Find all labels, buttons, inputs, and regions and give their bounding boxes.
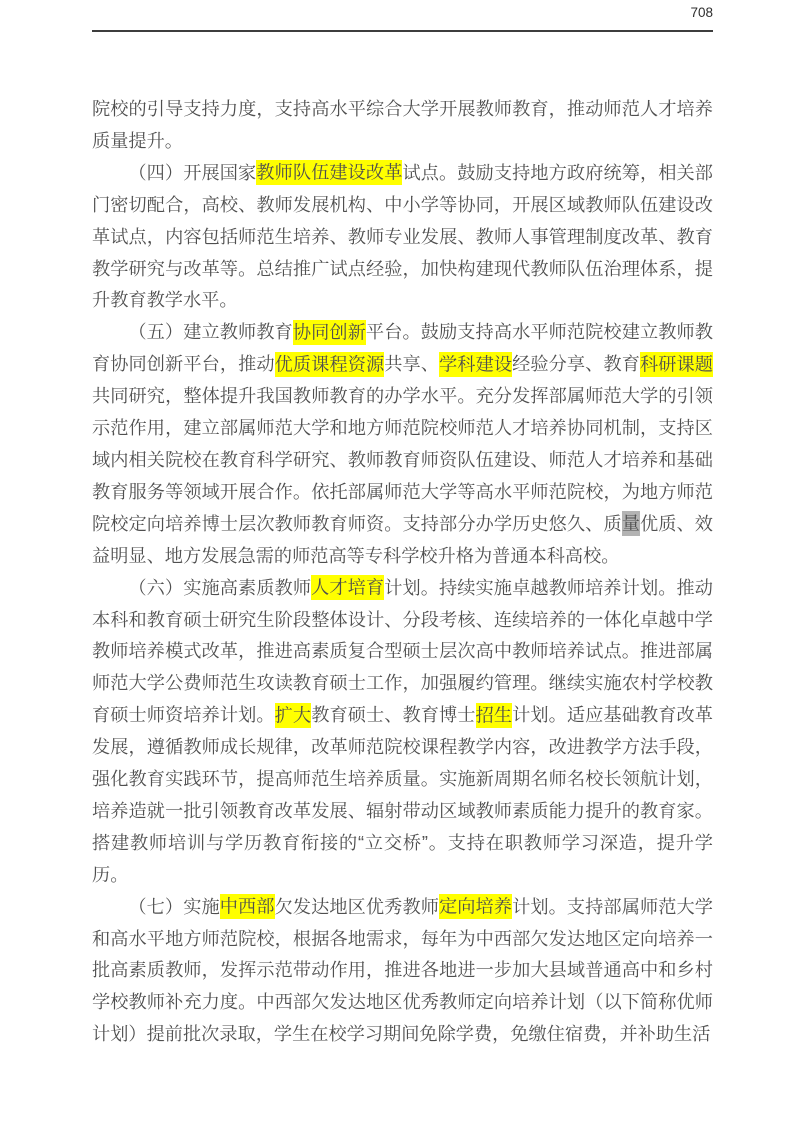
text-run: （四）开展国家: [128, 163, 256, 183]
highlight-yellow: 教师队伍建设改革: [256, 160, 402, 185]
page-number: 708: [92, 4, 713, 22]
highlight-yellow: 协同创新: [293, 320, 366, 345]
document-body: 院校的引导支持力度，支持高水平综合大学开展教师教育，推动师范人才培养质量提升。（…: [92, 94, 713, 1051]
highlight-yellow: 科研课题: [640, 352, 713, 377]
paragraph: （五）建立教师教育协同创新平台。鼓励支持高水平师范院校建立教师教育协同创新平台，…: [92, 317, 713, 572]
text-run: 试点。鼓励支持地方政府统筹，相关部门密切配合，高校、教师发展机构、中小学等协同，…: [92, 163, 713, 311]
paragraph: （七）实施中西部欠发达地区优秀教师定向培养计划。支持部属师范大学和高水平地方师范…: [92, 892, 713, 1052]
highlight-yellow: 学科建设: [439, 352, 512, 377]
text-run: 教育硕士、教育博士: [311, 705, 475, 725]
text-run: （五）建立教师教育: [128, 322, 292, 342]
document-page: 708 院校的引导支持力度，支持高水平综合大学开展教师教育，推动师范人才培养质量…: [0, 0, 793, 1122]
text-run: 院校的引导支持力度，支持高水平综合大学开展教师教育，推动师范人才培养质量提升。: [92, 99, 713, 151]
text-run: 计划。适应基础教育改革发展，遵循教师成长规律，改革师范院校课程教学内容，改进教学…: [92, 705, 713, 885]
highlight-yellow: 招生: [476, 703, 513, 728]
text-run: （七）实施: [128, 897, 219, 917]
highlight-yellow: 定向培养: [439, 894, 512, 919]
text-run: 共同研究，整体提升我国教师教育的办学水平。充分发挥部属师范大学的引领示范作用，建…: [92, 386, 713, 534]
highlight-yellow: 中西部: [220, 894, 275, 919]
text-run: 经验分享、教育: [512, 354, 640, 374]
highlight-yellow: 优质课程资源: [275, 352, 385, 377]
highlight-yellow: 扩大: [275, 703, 312, 728]
text-run: （六）实施高素质教师: [128, 578, 311, 598]
highlight-yellow: 人才培育: [311, 575, 384, 600]
paragraph: （六）实施高素质教师人才培育计划。持续实施卓越教师培养计划。推动本科和教育硕士研…: [92, 573, 713, 892]
paragraph: 院校的引导支持力度，支持高水平综合大学开展教师教育，推动师范人才培养质量提升。: [92, 94, 713, 158]
header-rule: [92, 30, 713, 32]
text-run: 计划。支持部属师范大学和高水平地方师范院校，根据各地需求，每年为中西部欠发达地区…: [92, 897, 713, 1045]
highlight-gray: 量: [622, 511, 640, 536]
text-run: 共享、: [384, 354, 439, 374]
paragraph: （四）开展国家教师队伍建设改革试点。鼓励支持地方政府统筹，相关部门密切配合，高校…: [92, 158, 713, 318]
text-run: 计划。持续实施卓越教师培养计划。推动本科和教育硕士研究生阶段整体设计、分段考核、…: [92, 578, 713, 726]
text-run: 欠发达地区优秀教师: [275, 897, 439, 917]
